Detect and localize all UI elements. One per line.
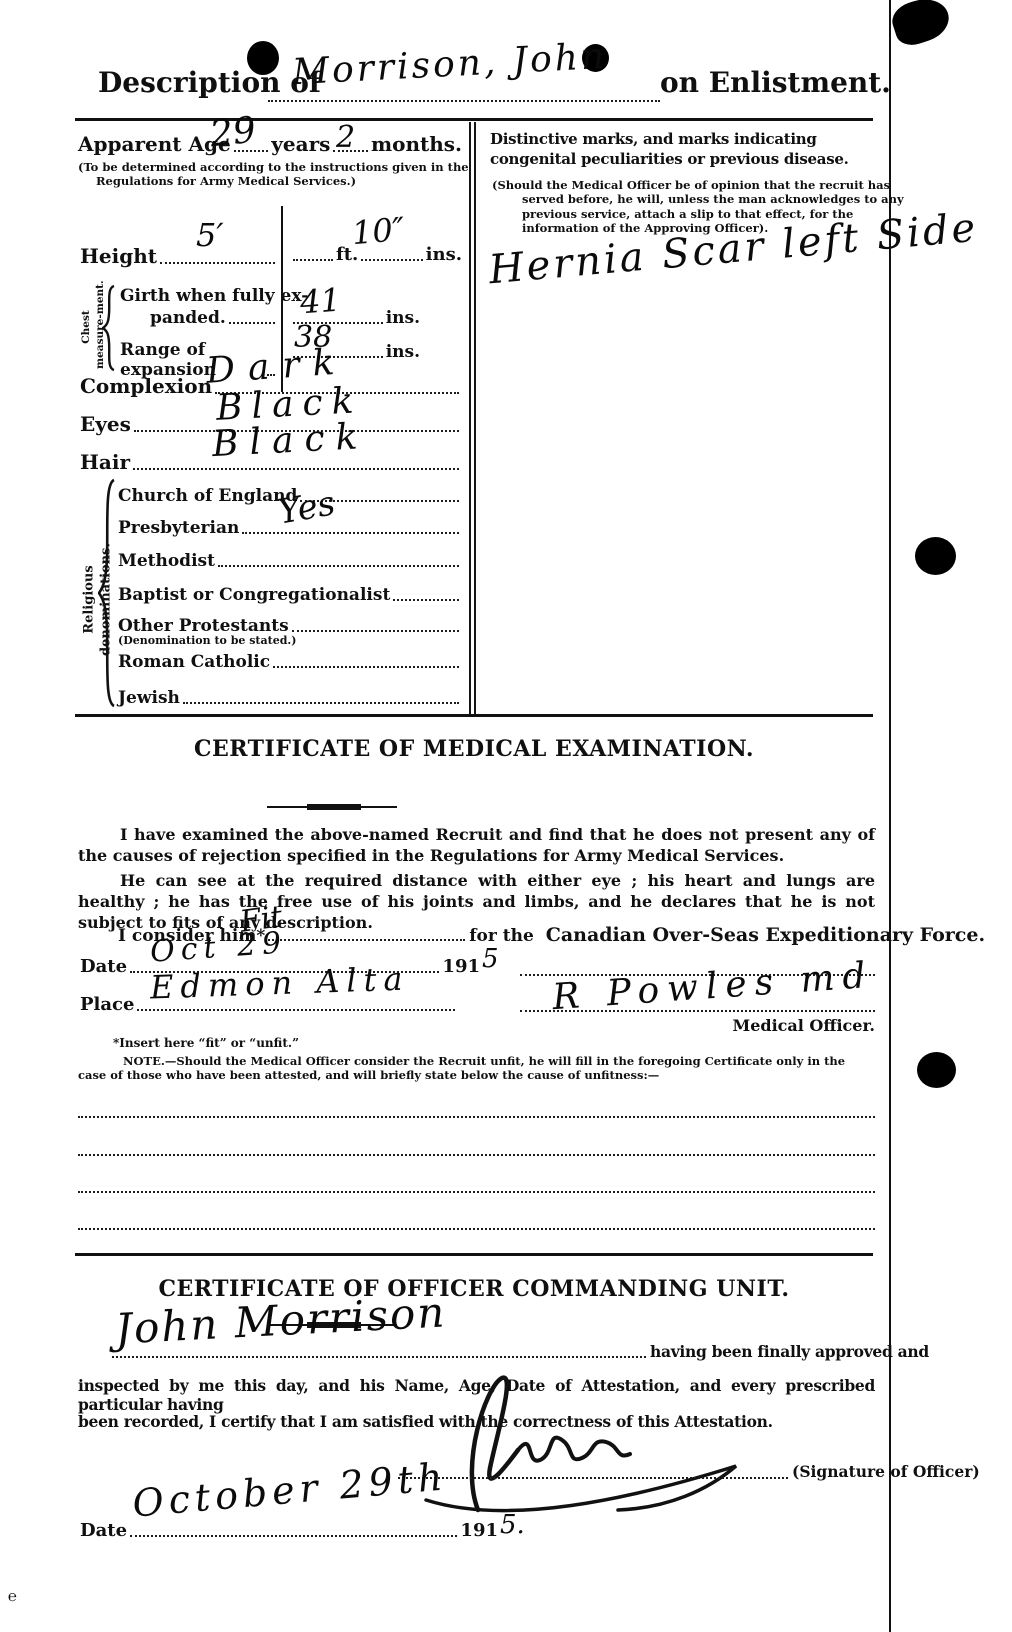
religion-label: Roman Catholic xyxy=(118,652,270,672)
religion-label: Other Protestants xyxy=(118,616,289,636)
officer-signature-label: (Signature of Officer) xyxy=(792,1462,980,1481)
girth-value: 41 xyxy=(299,281,342,322)
religion-ruling xyxy=(242,532,459,534)
religion-label: Methodist xyxy=(118,551,215,571)
medical-para-1: I have examined the above-named Recruit … xyxy=(78,824,875,866)
consider-ruling xyxy=(265,924,465,941)
blank-ruling xyxy=(78,1226,875,1230)
heading-divider xyxy=(267,806,397,808)
religion-row: Jewish xyxy=(118,688,462,708)
medical-year-value: 5 xyxy=(482,944,499,974)
range-unit-label: ins. xyxy=(386,342,420,362)
girth-label-line2: panded. xyxy=(150,308,226,328)
punch-hole xyxy=(917,1052,956,1088)
other-protestants-note: (Denomination to be stated.) xyxy=(118,634,296,647)
attestation-form-page: Description of Morrison, John on Enlistm… xyxy=(0,0,1012,1632)
medical-certificate-heading: CERTIFICATE OF MEDICAL EXAMINATION. xyxy=(75,736,873,762)
heading-divider-thick xyxy=(307,804,361,810)
religion-ruling xyxy=(183,702,459,704)
religion-ruling xyxy=(292,630,459,632)
religion-label: Jewish xyxy=(118,688,180,708)
unfit-note: NOTE.—Should the Medical Officer conside… xyxy=(78,1054,875,1083)
religion-label: Baptist or Congregationalist xyxy=(118,585,390,605)
girth-label-line2-row: panded. xyxy=(150,308,278,328)
apparent-age-label: Apparent Age xyxy=(78,132,231,156)
place-label: Place xyxy=(80,994,134,1015)
complexion-label: Complexion xyxy=(80,374,212,398)
scan-ink-blob xyxy=(888,0,954,50)
height-inches-value: 10″ xyxy=(350,210,406,252)
date-label: Date xyxy=(80,1520,127,1541)
religion-row: Other Protestants xyxy=(118,616,462,636)
form-title-suffix: on Enlistment. xyxy=(660,66,891,99)
religion-label: Church of England xyxy=(118,486,297,506)
height-feet-value: 5′ xyxy=(196,216,224,254)
blank-ruling xyxy=(78,1114,875,1118)
blank-ruling xyxy=(78,1189,875,1193)
girth-label-line1: Girth when fully ex- xyxy=(120,286,308,306)
apparent-age-months-value: 2 xyxy=(336,120,355,155)
approved-text: having been finally approved and xyxy=(650,1342,929,1361)
height-ins-unit-label: ins. xyxy=(426,244,462,265)
officer-name-ruling xyxy=(112,1354,646,1358)
date-ruling xyxy=(130,1535,457,1537)
religion-row: Methodist xyxy=(118,551,462,571)
apparent-age-note: (To be determined according to the instr… xyxy=(78,160,480,189)
religion-label: Presbyterian xyxy=(118,518,239,538)
section-rule xyxy=(75,1253,873,1256)
height-ruling xyxy=(160,262,275,264)
hair-ruling xyxy=(133,468,459,470)
date-label: Date xyxy=(80,956,127,977)
hair-label: Hair xyxy=(80,450,130,474)
apparent-age-row: Apparent Age years months. xyxy=(78,132,462,156)
consider-mid-label: for the xyxy=(469,926,534,946)
religion-side-label-line1: Religious xyxy=(82,520,97,680)
fit-footnote: *Insert here “fit” or “unfit.” xyxy=(113,1036,299,1050)
religion-row: Roman Catholic xyxy=(118,652,462,672)
header-rule xyxy=(75,118,873,121)
religion-row: Baptist or Congregationalist xyxy=(118,585,462,605)
officer-certificate-heading: CERTIFICATE OF OFFICER COMMANDING UNIT. xyxy=(75,1276,873,1302)
medical-officer-title: Medical Officer. xyxy=(690,1016,875,1035)
girth-unit-label: ins. xyxy=(386,308,420,328)
officer-year-value: 5. xyxy=(500,1510,525,1540)
year-printed: 191 xyxy=(442,956,480,977)
hair-value: Black xyxy=(211,416,369,465)
section-rule xyxy=(75,714,873,717)
blank-ruling xyxy=(78,1152,875,1156)
chest-brace xyxy=(102,284,116,372)
height-label: Height xyxy=(80,244,157,268)
years-unit-label: years xyxy=(271,132,330,156)
place-ruling xyxy=(137,1009,455,1011)
apparent-age-years-value: 29 xyxy=(208,110,258,156)
punch-hole xyxy=(915,537,956,575)
religion-ruling xyxy=(218,565,459,567)
religion-brace xyxy=(98,478,116,708)
marks-heading: Distinctive marks, and marks indicating … xyxy=(490,130,888,169)
officer-signature-ruling xyxy=(398,1475,788,1479)
column-divider xyxy=(469,122,476,714)
height-ft-ruling xyxy=(293,259,333,261)
force-name-label: Canadian Over-Seas Expeditionary Force. xyxy=(546,924,985,946)
stray-ink-mark xyxy=(8,1586,17,1606)
eyes-label: Eyes xyxy=(80,412,131,436)
months-unit-label: months. xyxy=(371,132,462,156)
year-printed: 191 xyxy=(460,1520,498,1541)
height-ins-ruling xyxy=(361,259,422,261)
girth-label-ruling xyxy=(229,322,275,324)
height-row: Height xyxy=(80,244,278,268)
chest-side-label-line1: Chest xyxy=(80,285,92,369)
religion-ruling xyxy=(273,666,459,668)
religion-ruling xyxy=(393,599,459,601)
